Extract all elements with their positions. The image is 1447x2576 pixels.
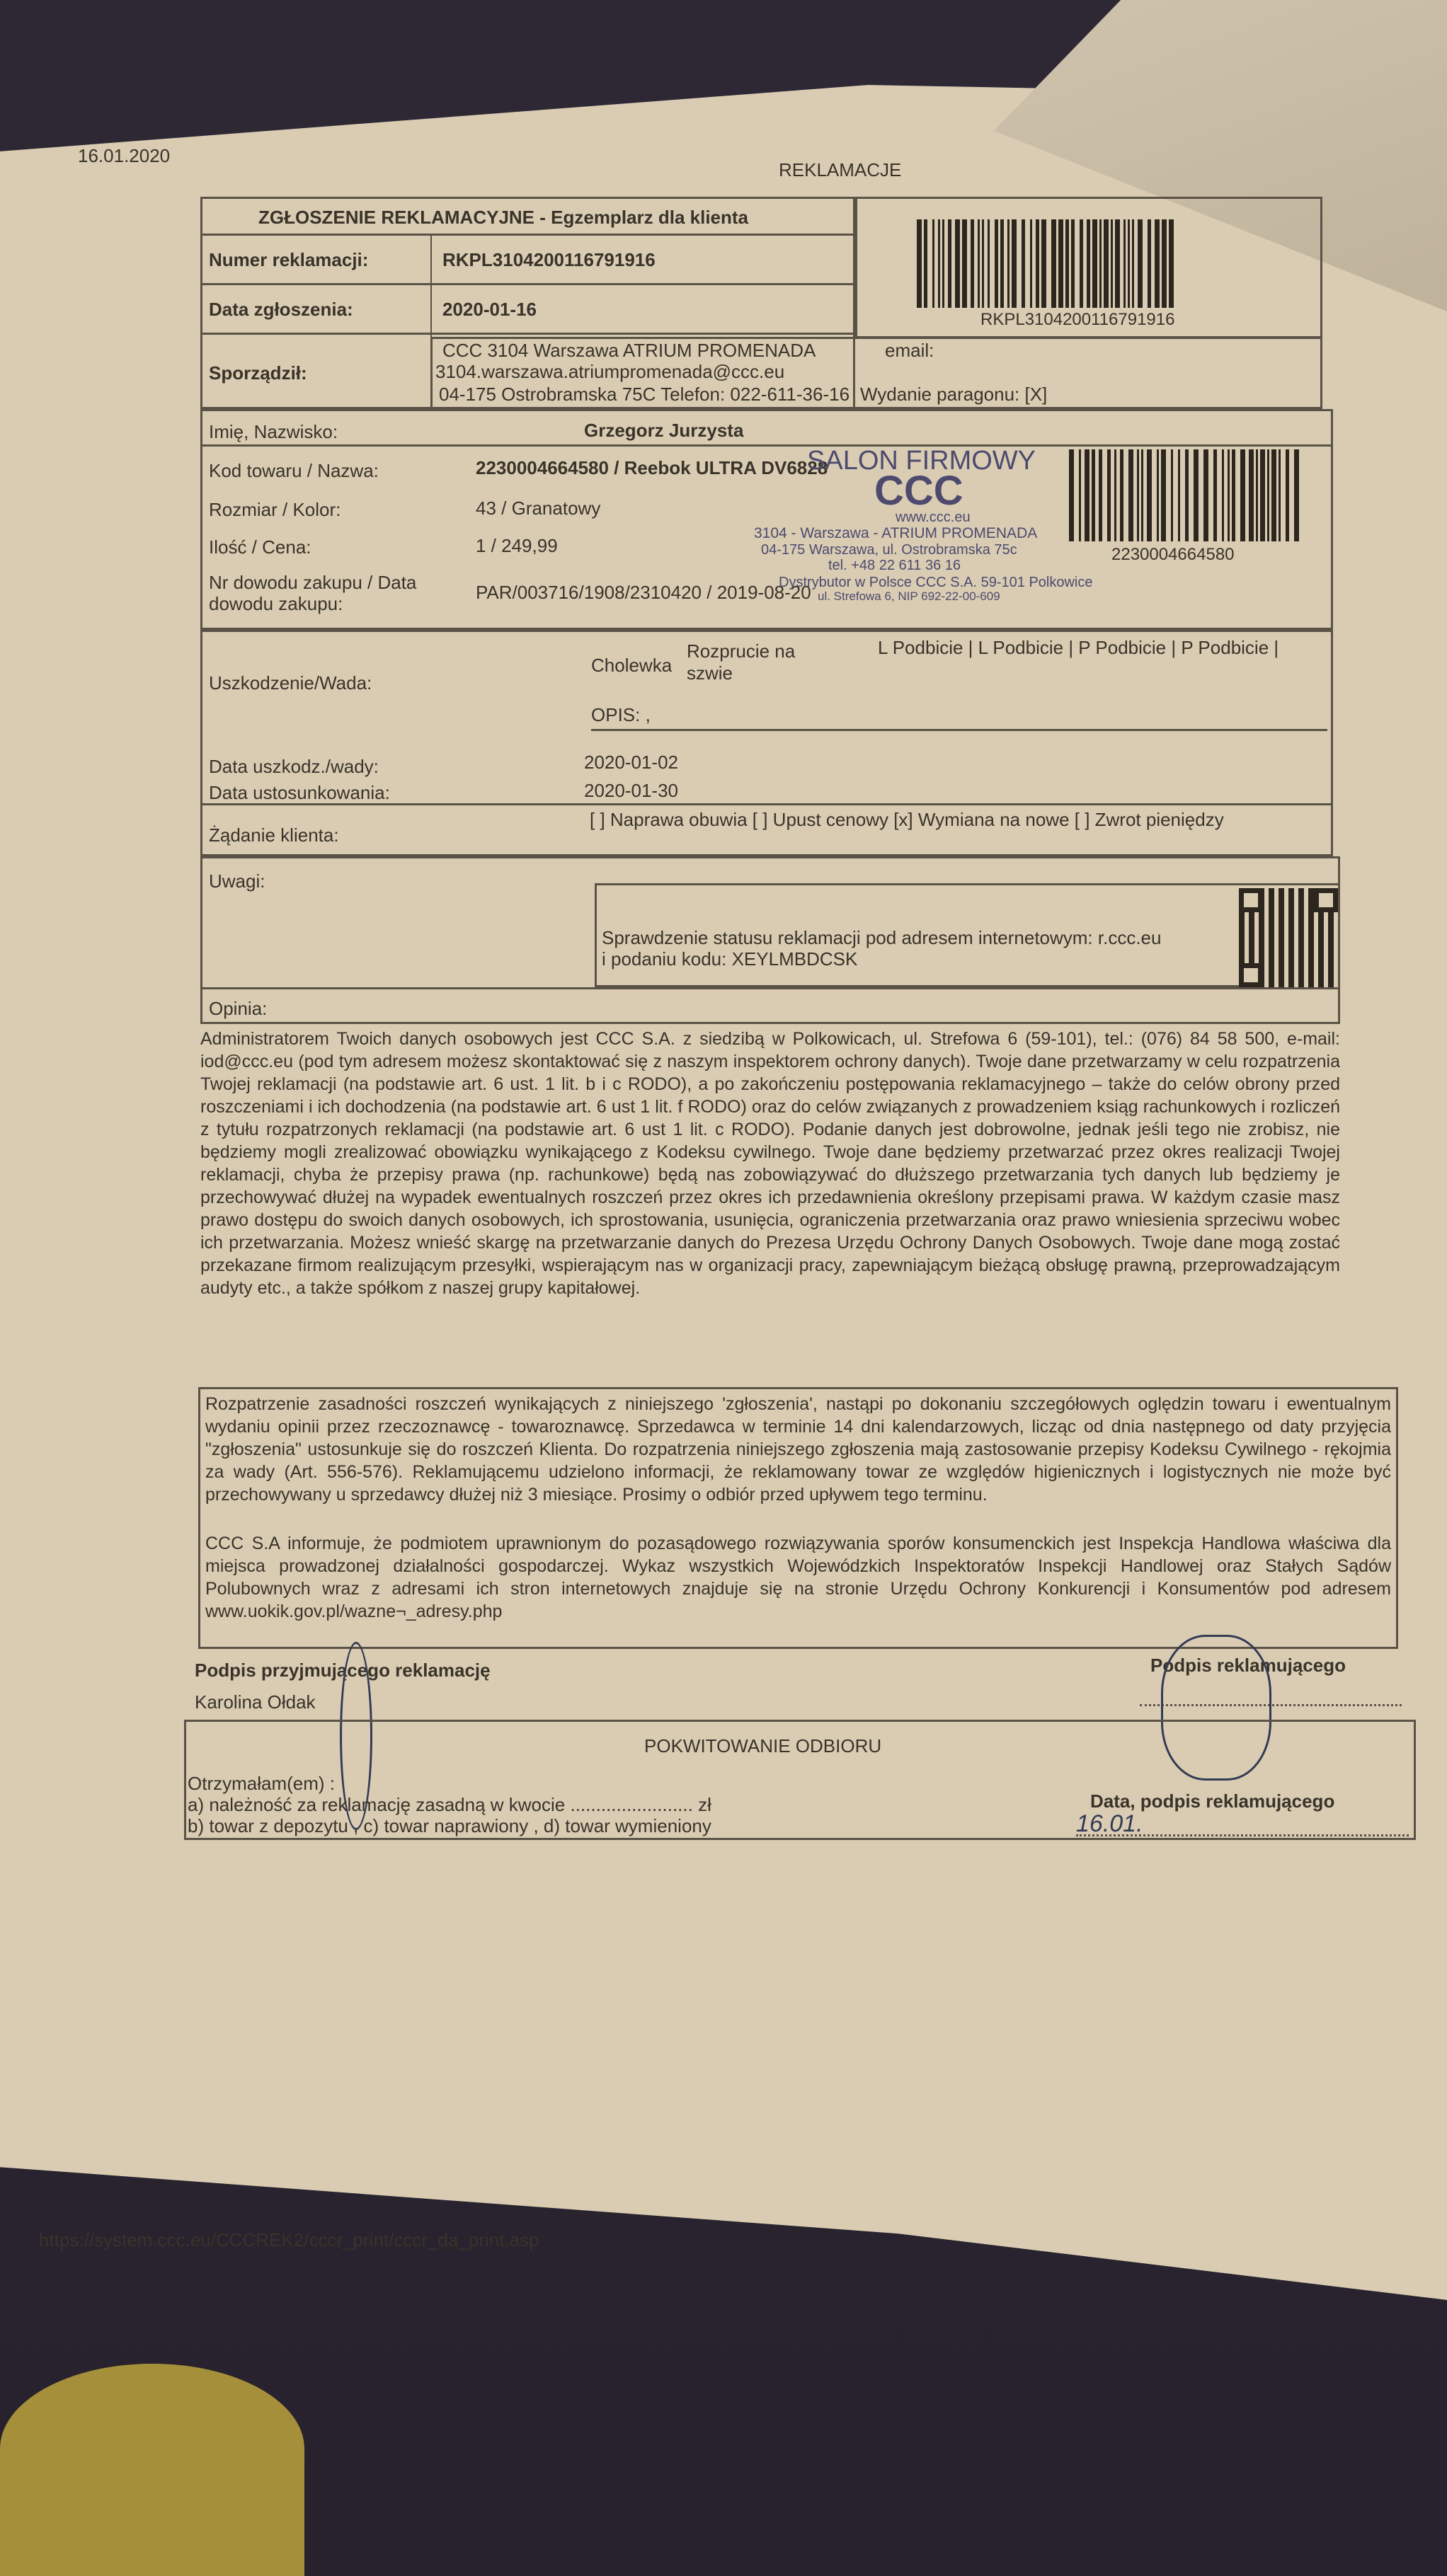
status-info-2: i podaniu kodu: XEYLMBDCSK — [602, 948, 857, 970]
defect-label: Uszkodzenie/Wada: — [209, 672, 372, 694]
product-barcode — [1069, 449, 1303, 541]
stamp-distributor: Dystrybutor w Polsce CCC S.A. 59-101 Pol… — [779, 575, 1093, 591]
form-title: ZGŁOSZENIE REKLAMACYJNE - Egzemplarz dla… — [258, 207, 748, 229]
size-color: 43 / Granatowy — [476, 498, 600, 519]
qr-code — [1239, 888, 1338, 987]
gdpr-notice: Administratorem Twoich danych osobowych … — [200, 1028, 1340, 1299]
submit-date-label: Data zgłoszenia: — [209, 299, 353, 321]
qty-price: 1 / 249,99 — [476, 535, 558, 557]
customer-name-label: Imię, Nazwisko: — [209, 421, 338, 443]
complaint-number: RKPL3104200116791916 — [442, 249, 656, 271]
receipt-label-1: Nr dowodu zakupu / Data — [209, 572, 416, 594]
receipt-label-2: dowodu zakupu: — [209, 593, 343, 615]
received-item-a: a) należność za reklamację zasadną w kwo… — [188, 1794, 711, 1816]
defect-type: Rozprucie na szwie — [687, 640, 807, 684]
product-label: Kod towaru / Nazwa: — [209, 460, 379, 482]
product-barcode-text: 2230004664580 — [1111, 545, 1235, 565]
received-items-bcd: b) towar z depozytu , c) towar naprawion… — [188, 1815, 711, 1837]
store-email: 3104.warszawa.atriumpromenada@ccc.eu — [435, 361, 784, 383]
response-date: 2020-01-30 — [584, 780, 678, 802]
opinion-label: Opinia: — [209, 998, 267, 1020]
stamp-phone: tel. +48 22 611 36 16 — [828, 558, 961, 574]
receipt-ack-title: POKWITOWANIE ODBIORU — [644, 1735, 881, 1757]
defect-description: OPIS: , — [591, 704, 651, 726]
terms-text-2: CCC S.A informuje, że podmiotem uprawnio… — [205, 1532, 1391, 1623]
email-label: email: — [885, 340, 934, 362]
product-code-name: 2230004664580 / Reebok ULTRA DV6828 — [476, 457, 828, 479]
terms-text-1: Rozpatrzenie zasadności roszczeń wynikaj… — [205, 1393, 1391, 1506]
print-date: 16.01.2020 — [78, 145, 170, 167]
store-address-phone: 04-175 Ostrobramska 75C Telefon: 022-611… — [439, 384, 850, 406]
complaint-barcode-text: RKPL3104200116791916 — [980, 310, 1174, 330]
stamp-address: 04-175 Warszawa, ul. Ostrobramska 75c — [761, 542, 1017, 558]
prepared-by-label: Sporządził: — [209, 362, 307, 384]
complaint-barcode — [917, 219, 1176, 308]
stamp-url: www.ccc.eu — [896, 510, 971, 526]
defect-location: L Podbicie | L Podbicie | P Podbicie | P… — [878, 637, 1279, 659]
purchase-receipt: PAR/003716/1908/2310420 / 2019-08-20 — [476, 582, 811, 604]
defect-date-label: Data uszkodz./wady: — [209, 756, 379, 778]
ccc-logo: CCC — [874, 467, 963, 514]
section-title: REKLAMACJE — [779, 159, 901, 181]
receiver-name: Karolina Ołdak — [195, 1691, 316, 1713]
size-color-label: Rozmiar / Kolor: — [209, 499, 341, 521]
request-options: [ ] Naprawa obuwia [ ] Upust cenowy [x] … — [590, 809, 1224, 831]
date-signature-line — [1076, 1834, 1409, 1836]
defect-date: 2020-01-02 — [584, 752, 678, 774]
qty-price-label: Ilość / Cena: — [209, 536, 311, 558]
stamp-store: 3104 - Warszawa - ATRIUM PROMENADA — [754, 525, 1037, 542]
customer-name: Grzegorz Jurzysta — [584, 420, 743, 442]
received-label: Otrzymałam(em) : — [188, 1773, 335, 1795]
stamp-nip: ul. Strefowa 6, NIP 692-22-00-609 — [818, 590, 1000, 604]
date-signature-label: Data, podpis reklamującego — [1090, 1790, 1334, 1812]
defect-part: Cholewka — [591, 655, 672, 677]
response-date-label: Data ustosunkowania: — [209, 782, 390, 804]
store-name: CCC 3104 Warszawa ATRIUM PROMENADA — [442, 340, 816, 362]
complaint-number-label: Numer reklamacji: — [209, 249, 368, 271]
submit-date: 2020-01-16 — [442, 299, 537, 321]
footer-url: https://system.ccc.eu/CCCREK2/cccr_print… — [39, 2229, 539, 2251]
request-label: Żądanie klienta: — [209, 824, 339, 846]
status-info-1: Sprawdzenie statusu reklamacji pod adres… — [602, 927, 1161, 949]
receipt-issued: Wydanie paragonu: [X] — [860, 384, 1047, 406]
yellow-fabric — [0, 2364, 304, 2576]
remarks-label: Uwagi: — [209, 870, 265, 892]
